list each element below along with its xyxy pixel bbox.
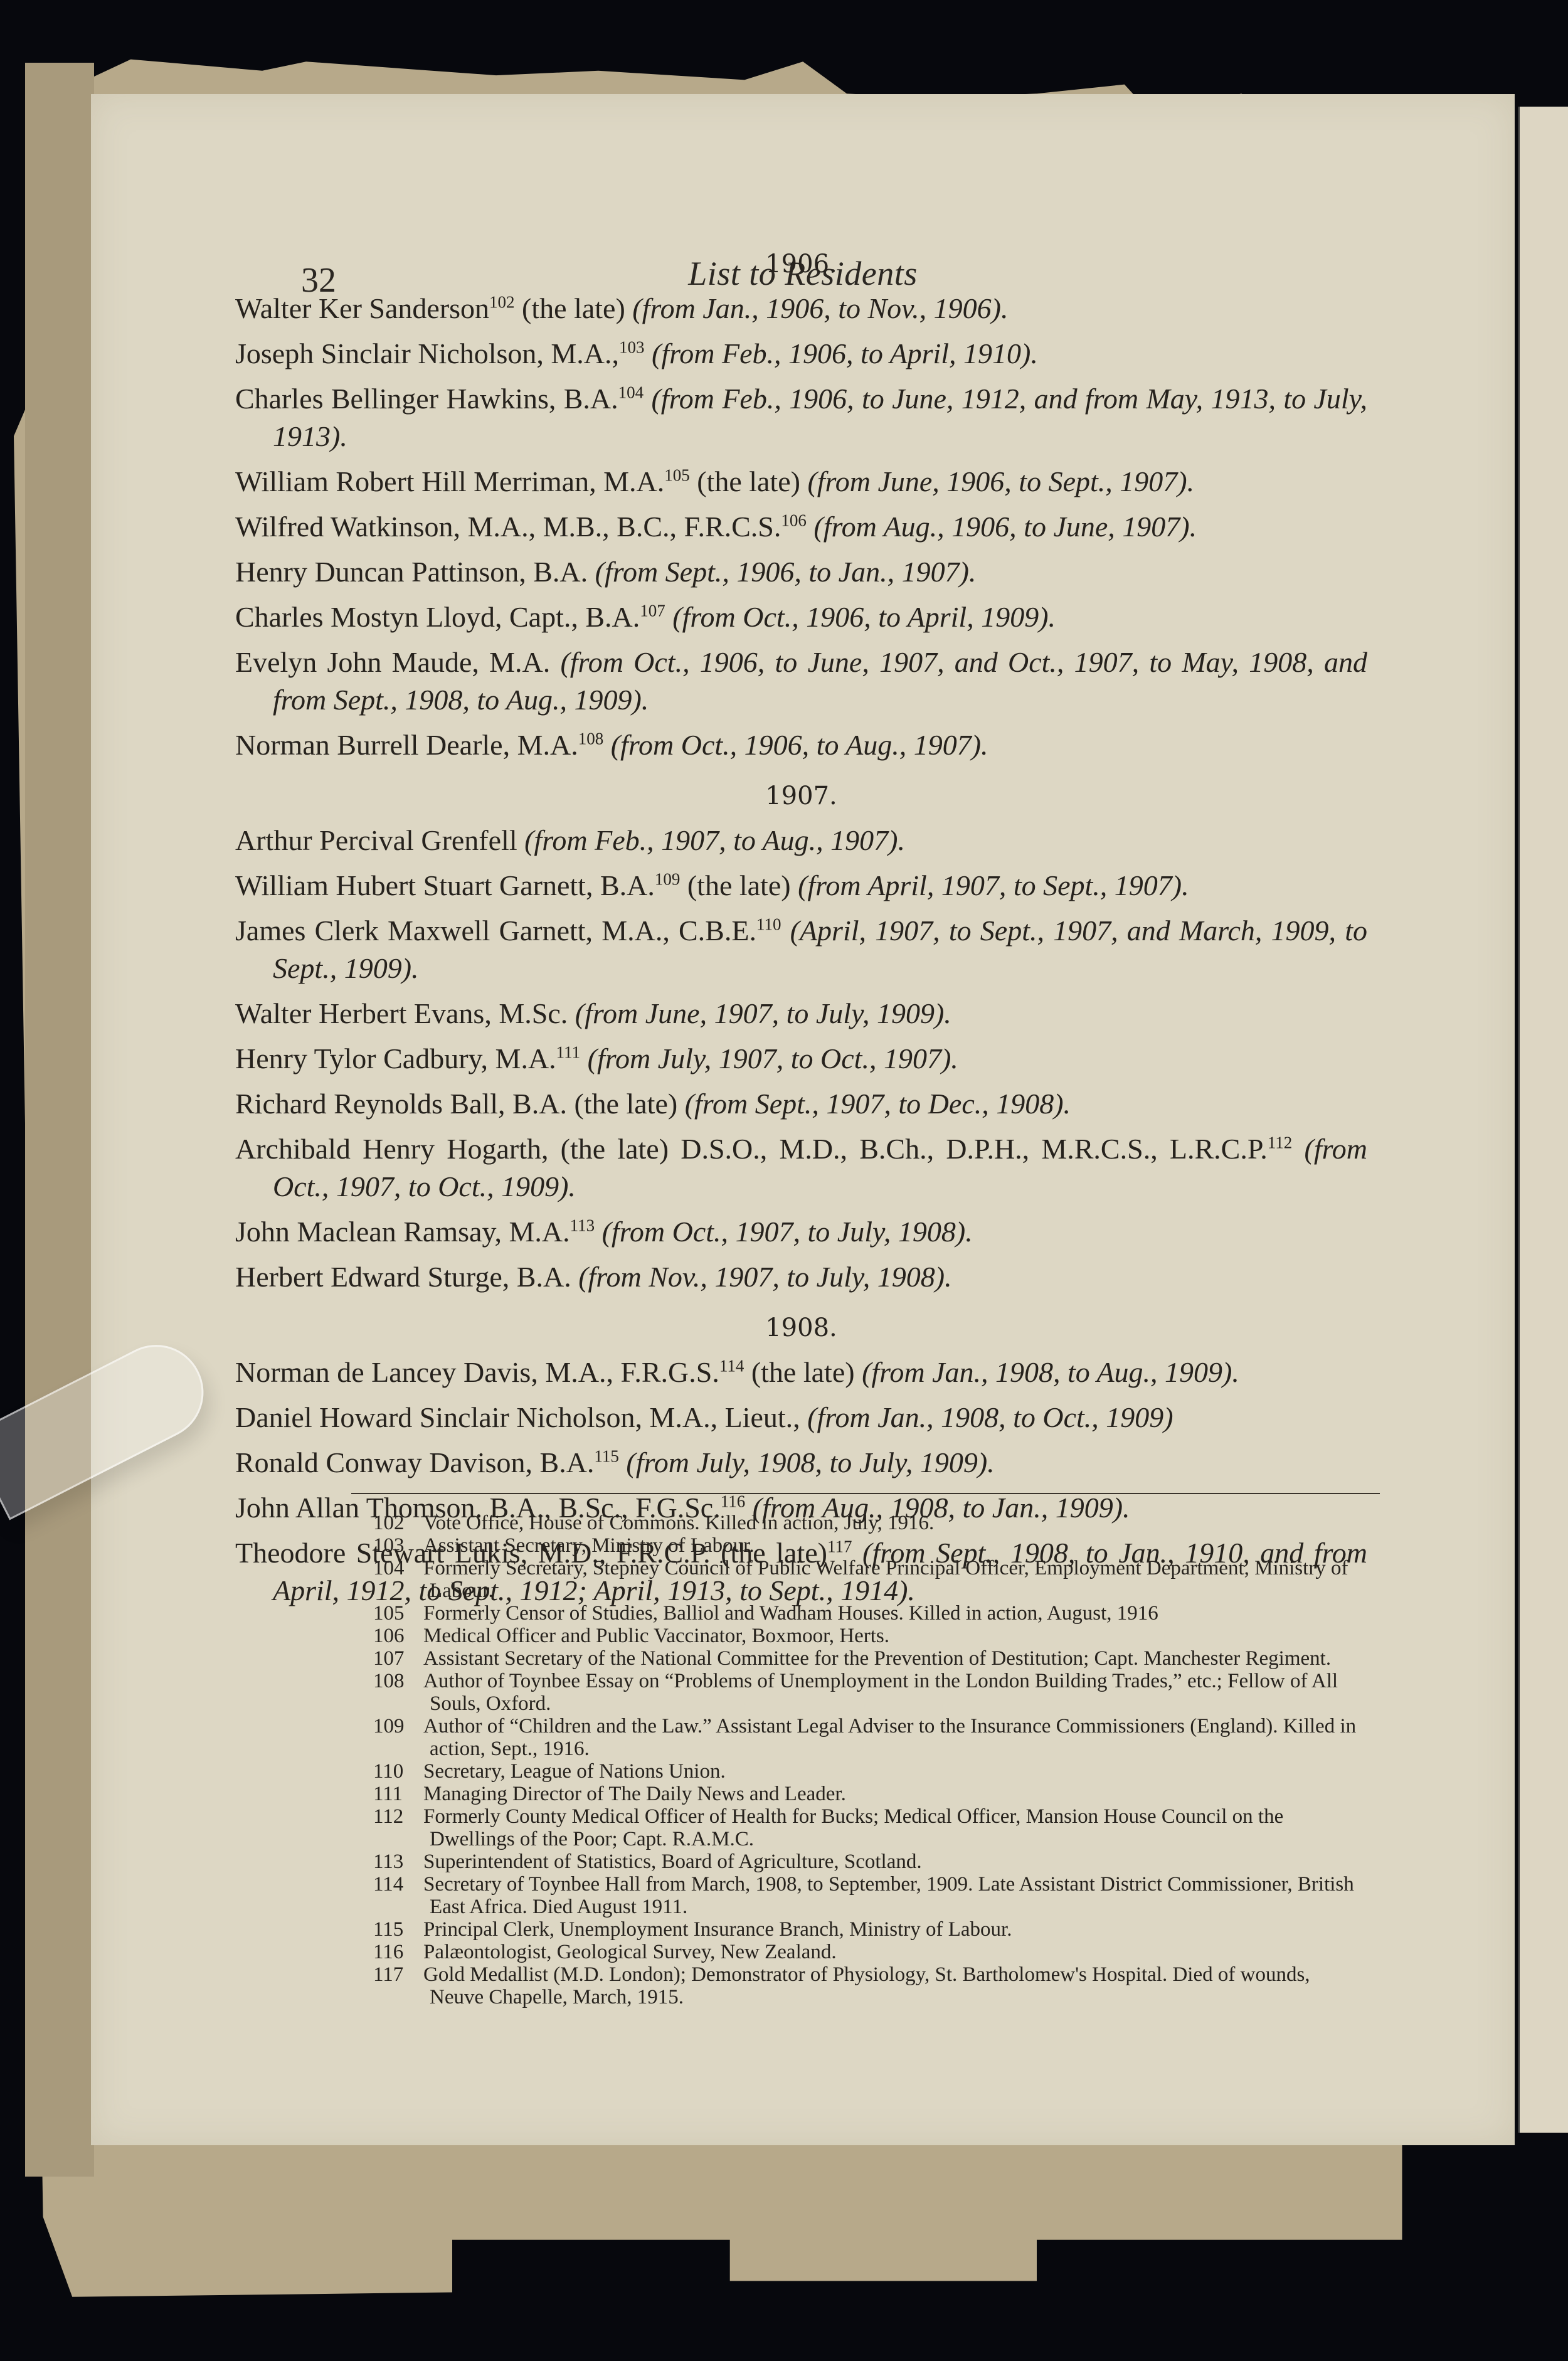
resident-entry: Daniel Howard Sinclair Nicholson, M.A., … — [235, 1399, 1367, 1436]
year-heading-1908: 1908. — [235, 1313, 1367, 1342]
resident-entry: Archibald Henry Hogarth, (the late) D.S.… — [235, 1130, 1367, 1206]
year-heading-1907: 1907. — [235, 782, 1367, 810]
year-heading-1906: 1906. — [235, 250, 1367, 279]
resident-entry: James Clerk Maxwell Garnett, M.A., C.B.E… — [235, 912, 1367, 987]
resident-entry: Norman Burrell Dearle, M.A.108 (from Oct… — [235, 726, 1367, 764]
footnote: 106Medical Officer and Public Vaccinator… — [373, 1625, 1367, 1647]
footnote: 109Author of “Children and the Law.” Ass… — [373, 1715, 1367, 1760]
resident-entry: Henry Duncan Pattinson, B.A. (from Sept.… — [235, 553, 1367, 591]
resident-entry: Walter Herbert Evans, M.Sc. (from June, … — [235, 995, 1367, 1032]
footnote: 116Palæontologist, Geological Survey, Ne… — [373, 1941, 1367, 1963]
residents-list: 1906. Walter Ker Sanderson102 (the late)… — [235, 232, 1367, 1617]
footnote: 115Principal Clerk, Unemployment Insuran… — [373, 1918, 1367, 1941]
resident-entry: Joseph Sinclair Nicholson, M.A.,103 (fro… — [235, 335, 1367, 373]
footnote: 111Managing Director of The Daily News a… — [373, 1783, 1367, 1805]
footnote: 104Formerly Secretary, Stepney Council o… — [373, 1557, 1367, 1602]
resident-entry: Herbert Edward Sturge, B.A. (from Nov., … — [235, 1258, 1367, 1296]
footnote: 110Secretary, League of Nations Union. — [373, 1760, 1367, 1783]
footnote: 108Author of Toynbee Essay on “Problems … — [373, 1670, 1367, 1715]
resident-entry: Walter Ker Sanderson102 (the late) (from… — [235, 290, 1367, 327]
footnote: 114Secretary of Toynbee Hall from March,… — [373, 1873, 1367, 1918]
resident-entry: Henry Tylor Cadbury, M.A.111 (from July,… — [235, 1040, 1367, 1078]
footnote: 112Formerly County Medical Officer of He… — [373, 1805, 1367, 1850]
footnote: 113Superintendent of Statistics, Board o… — [373, 1850, 1367, 1873]
resident-entry: Evelyn John Maude, M.A. (from Oct., 1906… — [235, 644, 1367, 719]
resident-entry: Norman de Lancey Davis, M.A., F.R.G.S.11… — [235, 1354, 1367, 1391]
resident-entry: Ronald Conway Davison, B.A.115 (from Jul… — [235, 1444, 1367, 1482]
footnote: 103Assistant Secretary, Ministry of Labo… — [373, 1534, 1367, 1557]
resident-entry: Charles Bellinger Hawkins, B.A.104 (from… — [235, 380, 1367, 455]
resident-entry: Richard Reynolds Ball, B.A. (the late) (… — [235, 1085, 1367, 1123]
footnote: 117Gold Medallist (M.D. London); Demonst… — [373, 1963, 1367, 2008]
resident-entry: John Maclean Ramsay, M.A.113 (from Oct.,… — [235, 1213, 1367, 1251]
footnote: 107Assistant Secretary of the National C… — [373, 1647, 1367, 1670]
footnote-divider — [351, 1493, 1380, 1494]
footnotes: 102Vote Office, House of Commons. Killed… — [373, 1512, 1367, 2008]
resident-entry: Charles Mostyn Lloyd, Capt., B.A.107 (fr… — [235, 598, 1367, 636]
resident-entry: William Robert Hill Merriman, M.A.105 (t… — [235, 463, 1367, 501]
cover-spine-strip — [25, 63, 94, 2177]
resident-entry: William Hubert Stuart Garnett, B.A.109 (… — [235, 867, 1367, 905]
resident-entry: Wilfred Watkinson, M.A., M.B., B.C., F.R… — [235, 508, 1367, 546]
facing-page-edge — [1518, 107, 1568, 2133]
footnote: 102Vote Office, House of Commons. Killed… — [373, 1512, 1367, 1534]
resident-entry: Arthur Percival Grenfell (from Feb., 190… — [235, 822, 1367, 859]
footnote: 105Formerly Censor of Studies, Balliol a… — [373, 1602, 1367, 1625]
